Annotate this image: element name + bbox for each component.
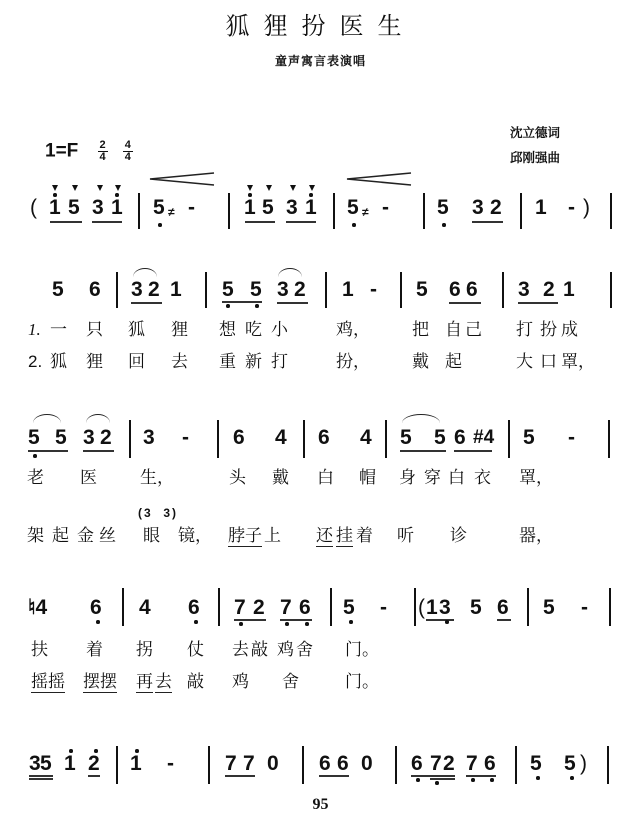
note: 5 bbox=[530, 752, 542, 776]
song-title: 狐狸扮医生 bbox=[0, 6, 641, 41]
time-signature-2-4: 2 4 bbox=[98, 140, 108, 163]
note: 7 bbox=[466, 752, 478, 776]
lyric: 衣 bbox=[474, 468, 491, 488]
page-number: 95 bbox=[0, 796, 641, 814]
lyric: 成 bbox=[561, 320, 578, 340]
lyric: 摆 bbox=[83, 672, 100, 693]
note: 1 bbox=[244, 196, 256, 220]
note: 5 bbox=[262, 196, 274, 220]
note: 3 bbox=[143, 426, 155, 450]
verse-number: 2. bbox=[28, 352, 42, 372]
lyric: 医 bbox=[80, 468, 97, 488]
note: 7 bbox=[234, 596, 246, 620]
note: 6 bbox=[411, 752, 423, 776]
note: 1 bbox=[170, 278, 182, 302]
note: 6 bbox=[337, 752, 349, 776]
lyric: 回 bbox=[128, 352, 145, 372]
lyric: 着 bbox=[86, 640, 103, 660]
note: 5 bbox=[343, 596, 355, 620]
note: 6 bbox=[497, 596, 509, 620]
lyric: 再 bbox=[136, 672, 153, 693]
barline bbox=[333, 193, 335, 229]
lyric: 拐 bbox=[136, 640, 153, 660]
note: 5 bbox=[347, 196, 359, 220]
note: 3 bbox=[29, 752, 41, 776]
note: 4 bbox=[275, 426, 287, 450]
lyric: 脖 bbox=[228, 526, 245, 547]
lyric: 去 bbox=[155, 672, 172, 693]
lyric: 扮， bbox=[336, 352, 370, 372]
note: ♮4 bbox=[28, 596, 47, 620]
note: - bbox=[382, 196, 389, 220]
lyric: 舍 bbox=[296, 640, 313, 660]
lyric: 架 bbox=[27, 526, 44, 546]
paren-close: ) bbox=[583, 196, 590, 220]
lyric: 狐 bbox=[128, 320, 145, 340]
note: 6 bbox=[233, 426, 245, 450]
note: 1 bbox=[49, 196, 61, 220]
barline bbox=[138, 193, 140, 229]
note: 7 bbox=[280, 596, 292, 620]
lyric: 戴 bbox=[412, 352, 429, 372]
note: 6 bbox=[89, 278, 101, 302]
paren-open: ( bbox=[418, 596, 425, 620]
paren-close: ) bbox=[580, 752, 587, 776]
note: 5 bbox=[523, 426, 535, 450]
note: 2 bbox=[88, 752, 100, 776]
lyric: 去 bbox=[232, 640, 249, 660]
lyric: 鸡 bbox=[277, 640, 294, 660]
lyric: 门。 bbox=[345, 640, 379, 660]
lyric: 戴 bbox=[272, 468, 289, 488]
note: - bbox=[581, 596, 588, 620]
lyric: 镜， bbox=[178, 526, 212, 546]
lyric: 敲 bbox=[187, 672, 204, 692]
lyric: 帽 bbox=[359, 468, 376, 488]
note: 1 bbox=[130, 752, 142, 776]
note: 5 bbox=[40, 752, 52, 776]
lyric: 丝 bbox=[99, 526, 116, 546]
credits: 沈立德词 邱刚强曲 bbox=[510, 120, 560, 170]
lyric: 狐 bbox=[50, 352, 67, 372]
note: - bbox=[182, 426, 189, 450]
lyric: 大 bbox=[516, 352, 533, 372]
lyric: 只 bbox=[86, 320, 103, 340]
lyric: 鸡 bbox=[232, 672, 249, 692]
note: - bbox=[167, 752, 174, 776]
note: 1 bbox=[535, 196, 547, 220]
note: 0 bbox=[361, 752, 373, 776]
lyric: 摇 bbox=[31, 672, 48, 693]
lyricist: 沈立德词 bbox=[510, 120, 560, 145]
lyric: 子 bbox=[245, 526, 262, 547]
lyric: 罩， bbox=[561, 352, 595, 372]
lyric: 罩， bbox=[519, 468, 553, 488]
note: 2 bbox=[253, 596, 265, 620]
note: 0 bbox=[267, 752, 279, 776]
note: 2 bbox=[100, 426, 112, 450]
lyric: 小 bbox=[271, 320, 288, 340]
lyric: 扮 bbox=[540, 320, 557, 340]
lyric: 鸡， bbox=[336, 320, 370, 340]
lyric: 金 bbox=[77, 526, 94, 546]
lyric: 己 bbox=[465, 320, 482, 340]
note: 4 bbox=[139, 596, 151, 620]
note: #4 bbox=[473, 426, 494, 450]
note: 5 bbox=[52, 278, 64, 302]
barline bbox=[610, 193, 612, 229]
note: 4 bbox=[360, 426, 372, 450]
lyric: 着 bbox=[356, 526, 373, 546]
note: - bbox=[380, 596, 387, 620]
note: - bbox=[370, 278, 377, 302]
lyric: 上 bbox=[264, 526, 281, 546]
lyric: 起 bbox=[445, 352, 462, 372]
note: 1 bbox=[111, 196, 123, 220]
note: 5 bbox=[400, 426, 412, 450]
verse-number: 1. bbox=[28, 320, 41, 340]
barline bbox=[423, 193, 425, 229]
lyric: 去 bbox=[171, 352, 188, 372]
note: 6 bbox=[484, 752, 496, 776]
note: 1 bbox=[305, 196, 317, 220]
note: 5 bbox=[28, 426, 40, 450]
lyric: 诊 bbox=[450, 526, 467, 546]
note: 5 bbox=[470, 596, 482, 620]
crescendo-icon bbox=[345, 170, 413, 188]
lyric: 穿 bbox=[424, 468, 441, 488]
note: - bbox=[568, 196, 575, 220]
lyric: 头 bbox=[229, 468, 246, 488]
note: 5 bbox=[434, 426, 446, 450]
note: 6 bbox=[454, 426, 466, 450]
lyric: 打 bbox=[271, 352, 288, 372]
note: 6 bbox=[90, 596, 102, 620]
lyric: 狸 bbox=[86, 352, 103, 372]
note: 5 bbox=[543, 596, 555, 620]
lyric: 敲 bbox=[251, 640, 268, 660]
note: 6 bbox=[299, 596, 311, 620]
lyric: 想 bbox=[219, 320, 236, 340]
note: 3 bbox=[472, 196, 484, 220]
lyric: 摆 bbox=[100, 672, 117, 693]
note: 6 bbox=[188, 596, 200, 620]
crescendo-icon bbox=[148, 170, 216, 188]
lyric: 重 bbox=[219, 352, 236, 372]
note: 1 bbox=[64, 752, 76, 776]
note: 6 bbox=[466, 278, 478, 302]
lyric: 摇 bbox=[48, 672, 65, 693]
note: 5 bbox=[55, 426, 67, 450]
barline bbox=[520, 193, 522, 229]
note: 7 bbox=[243, 752, 255, 776]
note: 1 bbox=[563, 278, 575, 302]
lyric: 还 bbox=[316, 526, 333, 547]
note: - bbox=[188, 196, 195, 220]
note: 5 bbox=[153, 196, 165, 220]
note: 2 bbox=[443, 752, 455, 776]
note: 3 bbox=[92, 196, 104, 220]
lyric: 仗 bbox=[187, 640, 204, 660]
note: 5 bbox=[416, 278, 428, 302]
note: 7 bbox=[430, 752, 442, 776]
lyric: 生， bbox=[140, 468, 174, 488]
note: 5 bbox=[222, 278, 234, 302]
note: 5 bbox=[250, 278, 262, 302]
barline bbox=[228, 193, 230, 229]
lyric: 眼 bbox=[143, 526, 160, 546]
note: 3 bbox=[286, 196, 298, 220]
lyric: 身 bbox=[399, 468, 416, 488]
note: 1 bbox=[426, 596, 438, 620]
note: - bbox=[568, 426, 575, 450]
lyric: 一 bbox=[50, 320, 67, 340]
lyric: 挂 bbox=[336, 526, 353, 547]
lyric: 扶 bbox=[31, 640, 48, 660]
lyric: 老 bbox=[27, 468, 44, 488]
key-label: 1=F bbox=[45, 141, 78, 162]
note: 3 bbox=[131, 278, 143, 302]
lyric: 白 bbox=[448, 468, 465, 488]
composer: 邱刚强曲 bbox=[510, 145, 560, 170]
lyric: 口 bbox=[540, 352, 557, 372]
note: 2 bbox=[294, 278, 306, 302]
note: 2 bbox=[543, 278, 555, 302]
lyric: 门。 bbox=[345, 672, 379, 692]
lyric: 新 bbox=[245, 352, 262, 372]
note: 3 bbox=[277, 278, 289, 302]
lyric: 把 bbox=[412, 320, 429, 340]
note: 7 bbox=[225, 752, 237, 776]
lyric: 白 bbox=[317, 468, 334, 488]
lyric: 听 bbox=[397, 526, 414, 546]
time-signature-4-4: 4 4 bbox=[123, 140, 133, 163]
note: 6 bbox=[319, 752, 331, 776]
note: 1 bbox=[342, 278, 354, 302]
lyric: 舍 bbox=[282, 672, 299, 692]
song-subtitle: 童声寓言表演唱 bbox=[0, 52, 641, 69]
lyric: 狸 bbox=[171, 320, 188, 340]
lyric: 吃 bbox=[245, 320, 262, 340]
alt-notes: (3 3) bbox=[138, 503, 178, 523]
note: 5 bbox=[437, 196, 449, 220]
note: 2 bbox=[490, 196, 502, 220]
lyric: 器， bbox=[519, 526, 553, 546]
lyric: 起 bbox=[52, 526, 69, 546]
note: 5 bbox=[564, 752, 576, 776]
lyric: 自 bbox=[445, 320, 462, 340]
note: 6 bbox=[318, 426, 330, 450]
note: 3 bbox=[83, 426, 95, 450]
lyric: 打 bbox=[516, 320, 533, 340]
note: 5 bbox=[68, 196, 80, 220]
note: 3 bbox=[518, 278, 530, 302]
paren-open: ( bbox=[30, 196, 37, 220]
note: 2 bbox=[148, 278, 160, 302]
note: 6 bbox=[449, 278, 461, 302]
note: 3 bbox=[439, 596, 451, 620]
key-signature: 1=F 2 4 4 4 bbox=[45, 140, 133, 163]
